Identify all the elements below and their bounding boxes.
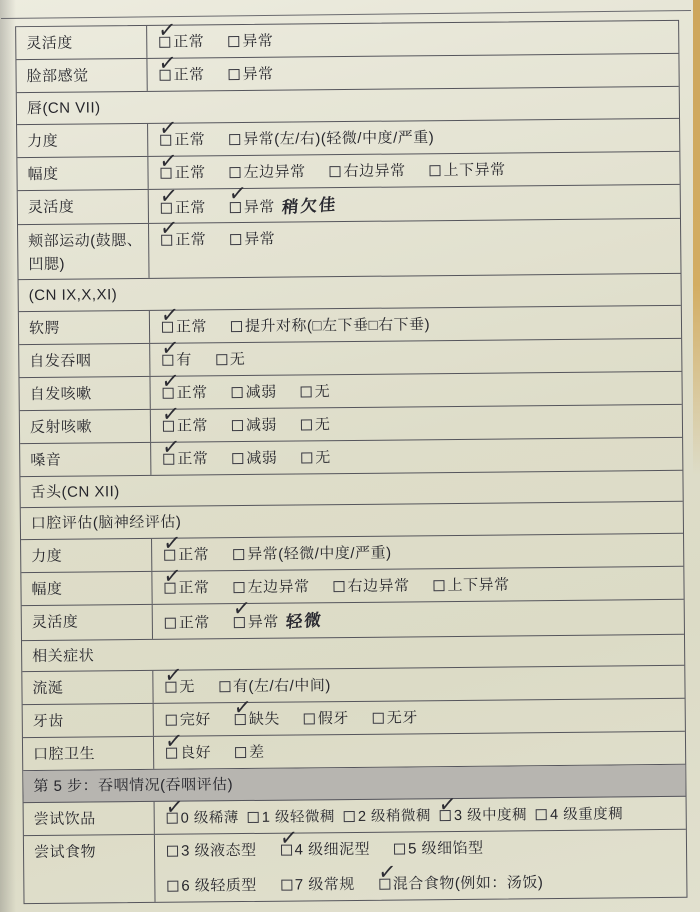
checkbox[interactable] — [230, 202, 241, 213]
section-header: 相关症状 — [22, 634, 684, 671]
checkbox[interactable] — [430, 165, 441, 176]
checkbox-option[interactable]: 上下异常 — [433, 574, 509, 597]
options-line: ✓正常异常 — [159, 27, 676, 54]
checkbox-option[interactable]: 减弱 — [232, 381, 277, 404]
checkbox[interactable] — [166, 715, 177, 726]
section-header: (CN IX,X,XI) — [19, 274, 681, 311]
checkbox-option[interactable]: 4 级重度稠 — [536, 804, 623, 827]
checkbox[interactable] — [281, 880, 292, 891]
option-label: 正常 — [177, 450, 208, 467]
checkbox-option[interactable]: ✓正常 — [162, 316, 207, 339]
checkbox[interactable] — [230, 234, 241, 245]
checkbox[interactable] — [164, 549, 175, 560]
form-row: 尝试食物3 级液态型✓4 级细泥型5 级细馅型6 级轻质型7 级常规✓混合食物(… — [24, 829, 687, 902]
checkbox-option[interactable]: 无 — [301, 414, 331, 437]
checkbox-option[interactable]: 提升对称(□左下垂□右下垂) — [231, 314, 430, 338]
option-label: 缺失 — [249, 711, 280, 728]
checkbox[interactable] — [301, 452, 312, 463]
row-options: ✓正常异常(轻微/中度/严重) — [152, 534, 683, 571]
option-label: 差 — [249, 744, 265, 761]
section-header: 第 5 步：吞咽情况(吞咽评估) — [23, 765, 685, 802]
option-label: 3 级液态型 — [181, 841, 257, 859]
row-options: ✓正常减弱无 — [151, 405, 682, 442]
checkbox-option[interactable]: 上下异常 — [429, 159, 505, 182]
option-label: 右边异常 — [343, 162, 405, 180]
section-header: 口腔评估(脑神经评估) — [21, 502, 683, 539]
option-label: 正常 — [178, 579, 209, 596]
checkbox[interactable] — [167, 845, 178, 856]
checkbox[interactable] — [219, 681, 230, 692]
checkbox[interactable] — [433, 580, 444, 591]
row-label: 尝试食物 — [24, 834, 156, 902]
option-label: 异常 — [242, 33, 273, 50]
option-label: 0 级稀薄 — [181, 810, 239, 827]
row-options: 完好✓缺失假牙无牙 — [154, 699, 685, 736]
checkbox[interactable] — [235, 714, 246, 725]
checkbox-option[interactable]: ✓正常 — [160, 129, 205, 152]
checkbox[interactable] — [160, 70, 171, 81]
option-label: 无牙 — [387, 709, 418, 726]
checkbox[interactable] — [394, 843, 405, 854]
option-label: 减弱 — [246, 416, 277, 433]
checkbox-option[interactable]: ✓正常 — [163, 415, 208, 438]
checkbox[interactable] — [228, 36, 239, 47]
row-label: 流涎 — [22, 671, 153, 704]
option-label: 正常 — [175, 232, 206, 249]
row-label: 颊部运动(鼓腮、凹腮) — [18, 224, 150, 279]
option-label: 完好 — [180, 711, 211, 728]
checkbox-option[interactable]: ✓无 — [165, 677, 195, 700]
checkbox[interactable] — [216, 354, 227, 365]
option-label: 6 级轻质型 — [181, 877, 257, 895]
row-options: ✓正常✓异常稍欠佳 — [149, 184, 680, 223]
checkbox-option[interactable]: ✓混合食物(例如：汤饭) — [379, 872, 544, 896]
option-label: 无 — [315, 416, 331, 433]
option-label: 上下异常 — [447, 576, 509, 594]
row-options: ✓正常异常 — [147, 21, 678, 58]
option-label: 正常 — [177, 417, 208, 434]
section-header: 舌头(CN XII) — [20, 471, 682, 508]
row-label: 软腭 — [19, 311, 150, 344]
option-label: 左边异常 — [243, 163, 305, 181]
checkbox-option[interactable]: 无 — [301, 381, 331, 404]
checkbox[interactable] — [161, 235, 172, 246]
checkbox-option[interactable]: 1 级轻微稠 — [248, 807, 335, 830]
option-label: 无 — [315, 449, 331, 466]
checkbox-option[interactable]: 减弱 — [232, 447, 277, 470]
checkbox-option[interactable]: 3 级液态型 — [167, 839, 257, 862]
checkbox[interactable] — [231, 321, 242, 332]
option-label: 正常 — [177, 384, 208, 401]
checkbox-option[interactable]: 7 级常规 — [281, 874, 355, 897]
checkbox[interactable] — [536, 809, 547, 820]
option-label: 混合食物(例如：汤饭) — [393, 874, 544, 892]
row-options: 3 级液态型✓4 级细泥型5 级细馅型6 级轻质型7 级常规✓混合食物(例如：汤… — [155, 829, 687, 901]
option-label: 3 级中度稠 — [454, 807, 527, 824]
option-label: 正常 — [174, 131, 205, 148]
row-options: ✓正常减弱无 — [150, 372, 681, 409]
checkbox-option[interactable]: 右边异常 — [329, 160, 405, 183]
options-line: ✓正常异常 — [159, 60, 676, 87]
option-label: 1 级轻微稠 — [262, 809, 335, 826]
checkbox[interactable] — [440, 810, 451, 821]
row-label: 灵活度 — [22, 605, 153, 640]
handwritten-note: 稍欠佳 — [281, 192, 338, 220]
checkbox[interactable] — [233, 582, 244, 593]
row-label: 嗓音 — [20, 443, 151, 476]
checkbox[interactable] — [229, 69, 240, 80]
row-options: ✓正常异常 — [149, 219, 680, 278]
options-line: 6 级轻质型7 级常规✓混合食物(例如：汤饭) — [167, 871, 684, 898]
option-label: 有(左/右/中间) — [233, 677, 331, 695]
checkbox-option[interactable]: ✓异常稍欠佳 — [230, 194, 338, 220]
option-label: 异常 — [248, 613, 279, 630]
checkbox-option[interactable]: ✓正常 — [159, 31, 204, 54]
checkbox-option[interactable]: 2 级稍微稠 — [344, 806, 431, 829]
option-label: 7 级常规 — [295, 876, 355, 894]
option-label: 有 — [176, 351, 192, 368]
options-line: ✓正常异常(轻微/中度/严重) — [164, 540, 681, 567]
option-label: 5 级细馅型 — [408, 839, 484, 857]
options-line: ✓正常减弱无 — [163, 444, 680, 471]
checkbox[interactable] — [165, 682, 176, 693]
options-line: ✓正常异常 — [161, 225, 678, 252]
checkbox-option[interactable]: 假牙 — [304, 708, 349, 731]
option-label: 左边异常 — [247, 578, 309, 596]
photographed-page: 灵活度✓正常异常脸部感觉✓正常异常唇(CN VII)力度✓正常异常(左/右)(轻… — [0, 0, 700, 912]
checkbox[interactable] — [166, 748, 177, 759]
checkbox-option[interactable]: 异常(轻微/中度/严重) — [233, 542, 392, 566]
checkbox[interactable] — [373, 713, 384, 724]
option-label: 右边异常 — [347, 577, 409, 595]
option-label: 正常 — [173, 33, 204, 50]
checkbox-option[interactable]: 6 级轻质型 — [167, 875, 257, 898]
checkbox-option[interactable]: ✓4 级细泥型 — [280, 838, 370, 861]
row-options: ✓正常左边异常右边异常上下异常 — [148, 151, 679, 188]
checkbox-option[interactable]: ✓正常 — [161, 197, 206, 220]
section-header: 唇(CN VII) — [17, 87, 679, 124]
checkbox[interactable] — [304, 713, 315, 724]
option-label: 4 级重度稠 — [550, 806, 623, 823]
checkbox-option[interactable]: 无 — [216, 349, 246, 372]
checkbox[interactable] — [162, 354, 173, 365]
checkbox-option[interactable]: ✓异常轻微 — [234, 609, 323, 635]
row-options: ✓0 级稀薄1 级轻微稠2 级稍微稠✓3 级中度稠4 级重度稠 — [155, 796, 686, 833]
checkbox-option[interactable]: 有(左/右/中间) — [219, 675, 331, 699]
checkbox[interactable] — [164, 582, 175, 593]
checkbox-option[interactable]: 右边异常 — [333, 575, 409, 598]
checkbox-option[interactable]: 异常(左/右)(轻微/中度/严重) — [229, 127, 434, 151]
option-label: 异常 — [243, 66, 274, 83]
checkbox[interactable] — [301, 386, 312, 397]
option-label: 4 级细泥型 — [294, 840, 370, 858]
checkbox[interactable] — [163, 387, 174, 398]
assessment-form-table: 灵活度✓正常异常脸部感觉✓正常异常唇(CN VII)力度✓正常异常(左/右)(轻… — [15, 20, 687, 904]
options-line: 正常✓异常轻微 — [165, 606, 682, 636]
cropped-table-line — [1, 10, 691, 19]
checkbox-option[interactable]: 无 — [301, 447, 331, 470]
row-options: ✓正常左边异常右边异常上下异常 — [152, 567, 683, 604]
checkbox[interactable] — [167, 881, 178, 892]
option-label: 减弱 — [246, 449, 277, 466]
row-label: 自发咳嗽 — [19, 377, 150, 410]
option-label: 异常(左/右)(轻微/中度/严重) — [243, 129, 434, 148]
checkbox[interactable] — [162, 321, 173, 332]
option-label: 减弱 — [246, 383, 277, 400]
checkbox-option[interactable]: ✓正常 — [163, 382, 208, 405]
checkbox[interactable] — [232, 453, 243, 464]
row-label: 牙齿 — [23, 704, 154, 737]
options-line: ✓正常左边异常右边异常上下异常 — [160, 157, 677, 184]
options-line: ✓正常减弱无 — [163, 411, 680, 438]
row-label: 反射咳嗽 — [20, 410, 151, 443]
options-line: ✓正常提升对称(□左下垂□右下垂) — [162, 312, 679, 339]
checkbox-option[interactable]: 正常 — [165, 612, 210, 635]
row-options: ✓正常异常 — [147, 54, 678, 91]
option-label: 异常 — [244, 231, 275, 248]
options-line: ✓有无 — [162, 345, 679, 372]
option-label: 正常 — [176, 318, 207, 335]
checkbox-option[interactable]: ✓正常 — [164, 544, 209, 567]
checkbox-option[interactable]: 左边异常 — [229, 161, 305, 184]
checkbox[interactable] — [232, 420, 243, 431]
row-options: ✓有无 — [150, 339, 681, 376]
checkbox-option[interactable]: ✓正常 — [160, 162, 205, 185]
checkbox[interactable] — [229, 134, 240, 145]
checkbox-option[interactable]: ✓缺失 — [235, 709, 280, 732]
checkbox-option[interactable]: 无牙 — [373, 707, 418, 730]
checkbox-option[interactable]: 异常 — [230, 229, 275, 252]
row-label: 力度 — [17, 123, 148, 156]
option-label: 正常 — [174, 164, 205, 181]
checkbox[interactable] — [248, 811, 259, 822]
checkbox-option[interactable]: ✓3 级中度稠 — [440, 805, 527, 828]
options-line: ✓正常减弱无 — [163, 378, 680, 405]
options-line: ✓正常✓异常稍欠佳 — [161, 190, 678, 220]
row-options: ✓良好差 — [154, 732, 685, 769]
row-label: 力度 — [21, 539, 152, 572]
options-line: ✓0 级稀薄1 级轻微稠2 级稍微稠✓3 级中度稠4 级重度稠 — [167, 802, 684, 830]
checkbox-option[interactable]: 左边异常 — [233, 576, 309, 599]
checkbox[interactable] — [329, 166, 340, 177]
checkbox[interactable] — [160, 134, 171, 145]
checkbox[interactable] — [160, 167, 171, 178]
options-line: 完好✓缺失假牙无牙 — [166, 705, 683, 732]
option-label: 异常 — [244, 198, 275, 215]
option-label: 假牙 — [318, 710, 349, 727]
checkbox-option[interactable]: ✓有 — [162, 349, 192, 372]
checkbox-option[interactable]: ✓正常 — [161, 230, 206, 253]
options-line: ✓正常左边异常右边异常上下异常 — [164, 573, 681, 600]
option-label: 上下异常 — [443, 161, 505, 179]
options-line: ✓正常异常(左/右)(轻微/中度/严重) — [160, 124, 677, 151]
option-label: 无 — [230, 351, 246, 368]
option-label: 异常(轻微/中度/严重) — [247, 544, 391, 562]
checkbox[interactable] — [163, 420, 174, 431]
options-line: ✓无有(左/右/中间) — [165, 672, 682, 699]
options-line: 3 级液态型✓4 级细泥型5 级细馅型 — [167, 835, 684, 862]
form-row: 颊部运动(鼓腮、凹腮)✓正常异常 — [18, 219, 680, 280]
checkbox-option[interactable]: ✓0 级稀薄 — [167, 808, 239, 830]
option-label: 无 — [179, 679, 195, 696]
checkbox[interactable] — [233, 549, 244, 560]
checkbox[interactable] — [234, 617, 245, 628]
row-label: 幅度 — [21, 572, 152, 605]
option-label: 2 级稍微稠 — [358, 808, 431, 825]
checkbox[interactable] — [161, 202, 172, 213]
row-label: 幅度 — [17, 156, 148, 189]
checkbox-option[interactable]: ✓正常 — [159, 64, 204, 87]
checkbox[interactable] — [344, 810, 355, 821]
row-options: 正常✓异常轻微 — [153, 600, 684, 639]
checkbox-option[interactable]: ✓正常 — [164, 577, 209, 600]
checkbox[interactable] — [165, 617, 176, 628]
row-options: ✓无有(左/右/中间) — [153, 666, 684, 703]
option-label: 正常 — [179, 614, 210, 631]
checkbox-option[interactable]: 异常 — [228, 31, 273, 54]
checkbox-option[interactable]: 差 — [235, 742, 265, 765]
checkbox[interactable] — [333, 581, 344, 592]
checkbox-option[interactable]: ✓正常 — [163, 448, 208, 471]
checkbox[interactable] — [229, 167, 240, 178]
checkbox[interactable] — [232, 387, 243, 398]
checkbox[interactable] — [163, 453, 174, 464]
checkbox[interactable] — [301, 419, 312, 430]
row-label: 自发吞咽 — [19, 344, 150, 377]
row-label: 灵活度 — [16, 26, 147, 59]
row-label: 尝试饮品 — [24, 801, 155, 834]
option-label: 无 — [315, 383, 331, 400]
row-options: ✓正常异常(左/右)(轻微/中度/严重) — [148, 118, 679, 155]
option-label: 良好 — [180, 744, 211, 761]
handwritten-note: 轻微 — [285, 608, 323, 635]
checkbox-option[interactable]: 异常 — [228, 64, 273, 87]
checkbox[interactable] — [167, 812, 178, 823]
options-line: ✓良好差 — [166, 738, 683, 765]
checkbox-option[interactable]: 减弱 — [232, 414, 277, 437]
checkbox[interactable] — [379, 879, 390, 890]
row-options: ✓正常减弱无 — [151, 438, 682, 475]
checkbox-option[interactable]: 完好 — [166, 709, 211, 732]
row-label: 灵活度 — [18, 189, 149, 224]
option-label: 提升对称(□左下垂□右下垂) — [245, 316, 430, 335]
checkbox[interactable] — [280, 844, 291, 855]
checkbox-option[interactable]: ✓良好 — [166, 742, 211, 765]
checkbox-option[interactable]: 5 级细馅型 — [394, 837, 484, 860]
option-label: 正常 — [175, 199, 206, 216]
option-label: 正常 — [174, 66, 205, 83]
row-options: ✓正常提升对称(□左下垂□右下垂) — [150, 306, 681, 343]
row-label: 口腔卫生 — [23, 737, 154, 770]
checkbox[interactable] — [235, 747, 246, 758]
row-label: 脸部感觉 — [16, 59, 147, 92]
checkbox[interactable] — [159, 37, 170, 48]
option-label: 正常 — [178, 546, 209, 563]
